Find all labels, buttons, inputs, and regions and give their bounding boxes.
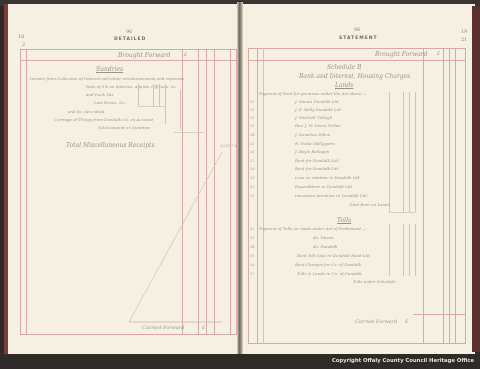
section-title: Lands [335,82,353,89]
list-item: Rent Charges for Co. of Dundalk [295,262,361,267]
list-item: Loss on relation re Dundalk Ltd. [295,175,361,180]
list-item: do. Navan [313,235,334,240]
section-intro: Payment of Rent for premises under the A… [259,91,367,96]
section-total-label: Tolls under Schedule [353,279,396,284]
page-heading: STATEMENT [339,36,378,41]
list-item: Rent for Dundalk Ltd. [295,158,339,163]
schedule-title: Schedule B [327,64,361,71]
currency-symbol: £ [405,319,408,325]
currency-symbol: £ [437,51,440,57]
list-item: Tolls & Lands re Co. of Dundalk [297,271,362,276]
left-page: 18 2 96 DETAILED Brought Forward £ Sundr… [4,4,240,354]
list-item: Expenditure re Dundalk Ltd. [295,184,353,189]
list-item: J. Donohue Dillon [295,132,330,137]
book-gutter [237,2,243,354]
right-page: 96 STATEMENT 19 21 Brought Forward £ Sch… [241,4,475,354]
copyright-watermark: Copyright Offaly County Council Heritage… [332,358,474,364]
corner-mark: 21 [461,37,467,43]
list-item: J. Moran Dundalk Ltd. [295,99,340,104]
carried-forward-label: Carried Forward [142,325,184,331]
list-item: Rev. J. W. Dixon Trillan [295,123,341,128]
schedule-subtitle: Bank and Interest, Housing Charges [299,73,410,80]
list-item: J. Boyle Ballagan [295,149,329,154]
corner-mark: 19 [461,29,467,35]
cancel-stroke [8,4,244,354]
list-item: J. Mitchell Tullagh [295,115,332,120]
currency-symbol: £ [202,325,205,331]
list-item: do. Dundalk [313,244,337,249]
book-edge [472,6,480,352]
list-item: Insurance premium re Dundalk Ltd. [295,193,368,198]
section-total-label: Total Rent on Lands [349,202,390,207]
list-item: Rent Toll Gate re Dundalk Road Ltd. [297,253,371,258]
carried-forward-label: Carried Forward [355,319,397,325]
list-item: Rent for Dundalk Ltd. [295,166,339,171]
brought-forward-label: Brought Forward [375,51,428,58]
list-item: J. E. Kelly Dundalk Ltd. [295,107,342,112]
page-number: 96 [354,27,360,33]
section-title: Tolls [337,217,351,224]
list-item: R. Nolan Ballygarm [295,141,335,146]
list-item: Payment of Tolls on roads under Act of P… [259,226,366,231]
